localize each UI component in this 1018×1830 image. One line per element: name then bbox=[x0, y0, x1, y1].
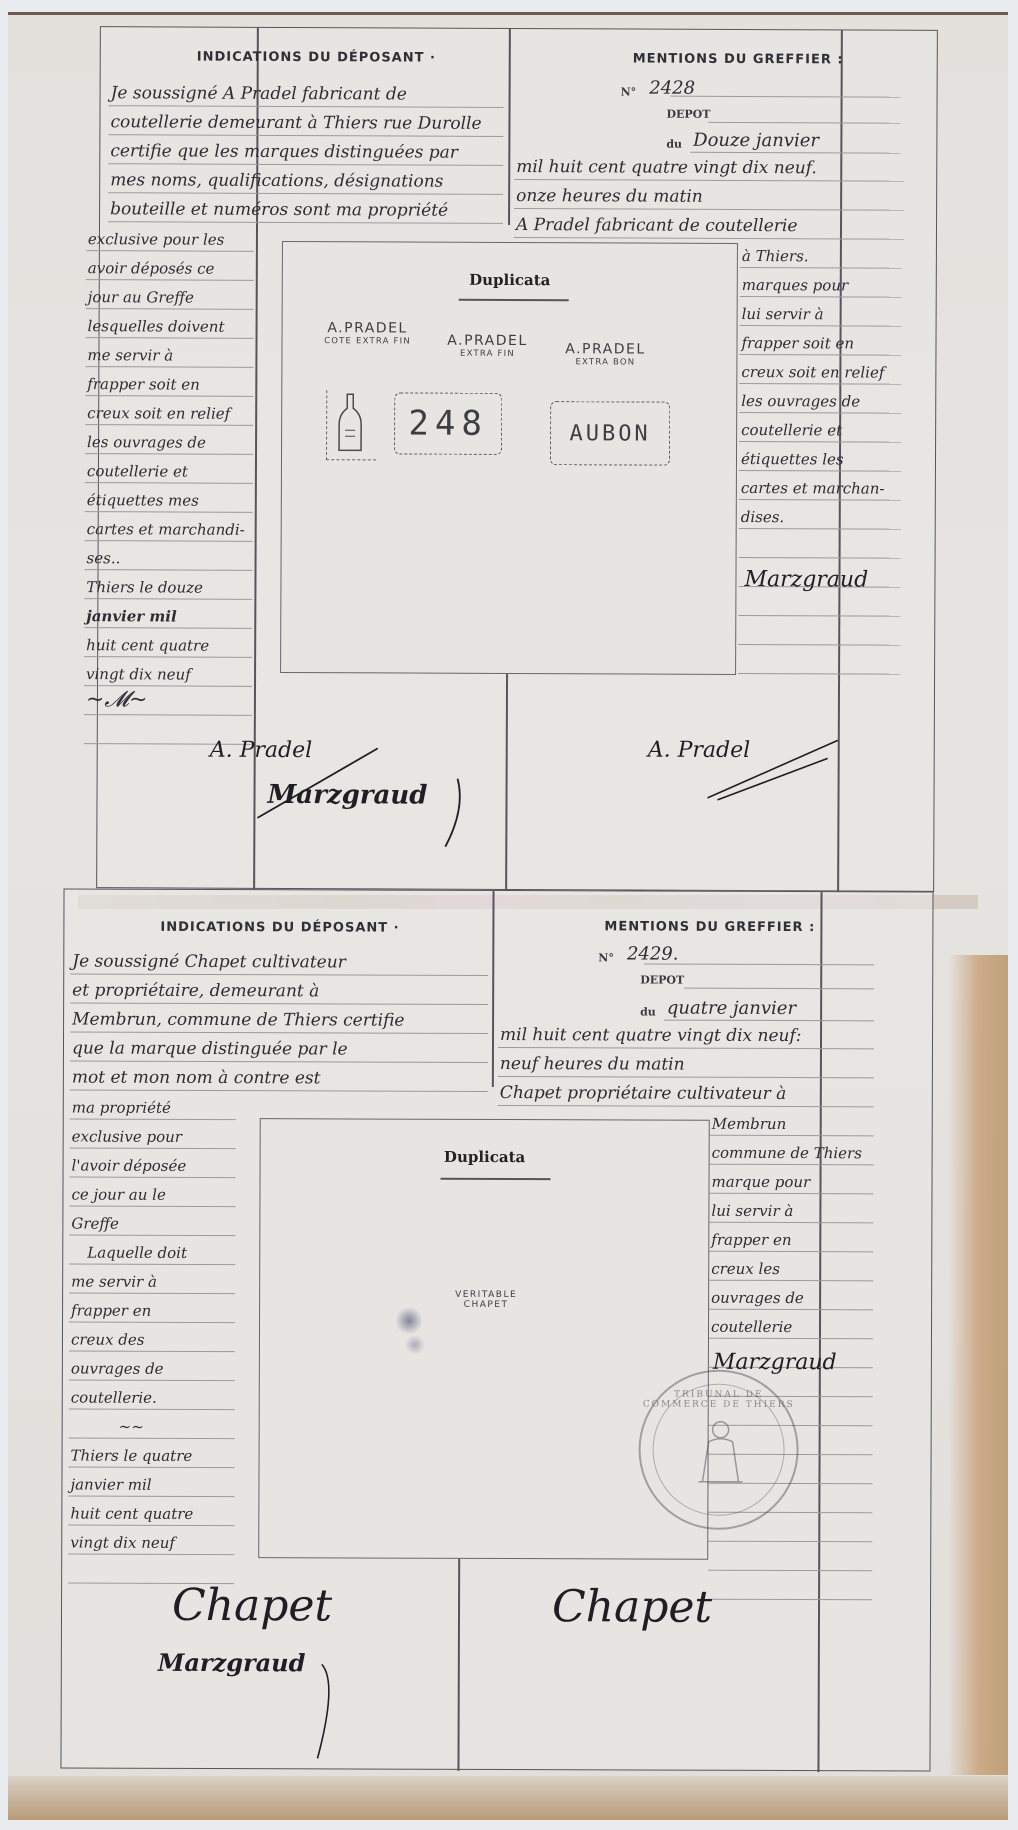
bottom-registration-form: INDICATIONS DU DÉPOSANT · MENTIONS DU GR… bbox=[60, 888, 933, 1771]
greffier-line: les ouvrages de bbox=[741, 392, 860, 411]
greffier-line: neuf heures du matin bbox=[500, 1054, 685, 1075]
deposant-line: jour au Greffe bbox=[88, 288, 194, 306]
top-registration-form: INDICATIONS DU DÉPOSANT · MENTIONS DU GR… bbox=[96, 26, 938, 892]
deposant-line: cartes et marchandi- bbox=[87, 520, 245, 539]
deposant-line: exclusive pour les bbox=[88, 230, 224, 249]
greffier-line: Chapet propriétaire cultivateur à bbox=[500, 1083, 787, 1104]
deposant-line: vingt dix neuf bbox=[86, 665, 191, 683]
deposant-text-block: Je soussigné Chapet cultivateur et propr… bbox=[70, 946, 489, 1092]
greffier-line: creux les bbox=[711, 1260, 780, 1278]
veritable-chapet-stamp: VERITABLE CHAPET bbox=[436, 1290, 536, 1310]
deposant-text-block: Je soussigné A Pradel fabricant de coute… bbox=[108, 77, 504, 224]
deposant-header: INDICATIONS DU DÉPOSANT · bbox=[160, 920, 399, 936]
date-value: quatre janvier bbox=[667, 998, 796, 1019]
deposant-line: creux soit en relief bbox=[87, 404, 230, 423]
deposant-line: ce jour au le bbox=[71, 1186, 165, 1204]
deposant-line: frapper en bbox=[71, 1302, 151, 1320]
bottle-stamp-icon bbox=[335, 392, 365, 454]
number-stamp: 248 bbox=[394, 392, 502, 454]
greffier-text-block: mil huit cent quatre vingt dix neuf: neu… bbox=[498, 1019, 874, 1107]
deposant-line: frapper soit en bbox=[87, 375, 200, 393]
greffier-line: creux soit en relief bbox=[741, 363, 884, 382]
deposant-line: Laquelle doit bbox=[87, 1244, 187, 1262]
deposant-line: étiquettes mes bbox=[87, 491, 199, 509]
deposant-line: Je soussigné Chapet cultivateur bbox=[72, 952, 346, 973]
greffier-line: cartes et marchan- bbox=[741, 479, 885, 498]
deposant-line: certifie que les marques distinguées par bbox=[110, 141, 458, 163]
bottom-edge-stain bbox=[8, 1776, 1008, 1820]
seal-figure-icon bbox=[680, 1412, 760, 1492]
du-label: du bbox=[640, 1005, 656, 1018]
edge-stain bbox=[948, 955, 1008, 1775]
deposant-line: coutellerie et bbox=[87, 462, 188, 480]
deposant-line: huit cent quatre bbox=[70, 1505, 193, 1523]
deposant-line: que la marque distinguée par le bbox=[72, 1039, 348, 1060]
seal-text: TRIBUNAL DE COMMERCE DE THIERS bbox=[641, 1390, 797, 1411]
number-value: 2429. bbox=[627, 943, 679, 964]
date-field: du Douze janvier bbox=[666, 132, 813, 154]
deposant-line: lesquelles doivent bbox=[88, 317, 225, 336]
deposant-line: ouvrages de bbox=[71, 1360, 164, 1378]
deposant-line: et propriétaire, demeurant à bbox=[72, 981, 319, 1002]
deposant-line: me servir à bbox=[71, 1273, 157, 1291]
deposant-line: Greffe bbox=[71, 1215, 119, 1233]
greffier-narrow-block: à Thiers. marques pour lui servir à frap… bbox=[738, 239, 902, 675]
greffier-line: mil huit cent quatre vingt dix neuf. bbox=[516, 157, 817, 178]
deposant-line: ses.. bbox=[87, 549, 121, 567]
date-value: Douze janvier bbox=[693, 130, 819, 152]
depot-label: DEPOT bbox=[640, 973, 684, 986]
greffier-line: coutellerie bbox=[711, 1318, 792, 1336]
deposant-line: creux des bbox=[71, 1331, 145, 1349]
brand-stamp-3: A.PRADEL EXTRA BON bbox=[550, 341, 660, 367]
greffier-header: MENTIONS DU GREFFIER : bbox=[604, 919, 815, 935]
greffier-line: mil huit cent quatre vingt dix neuf: bbox=[500, 1025, 802, 1046]
deposant-line: les ouvrages de bbox=[87, 433, 206, 452]
tribunal-seal: TRIBUNAL DE COMMERCE DE THIERS bbox=[638, 1369, 799, 1530]
duplicata-panel: Duplicata A.PRADEL COTE EXTRA FIN A.PRAD… bbox=[280, 241, 738, 675]
deposant-line: janvier mil bbox=[86, 607, 176, 625]
greffier-line: A Pradel fabricant de coutellerie bbox=[516, 215, 797, 236]
date-field: du quatre janvier bbox=[640, 999, 790, 1021]
greffier-header: MENTIONS DU GREFFIER : bbox=[633, 52, 844, 68]
deposant-line: Thiers le douze bbox=[86, 578, 203, 597]
deposant-line: Je soussigné A Pradel fabricant de bbox=[111, 83, 407, 104]
deposant-line: l'avoir déposée bbox=[72, 1157, 187, 1175]
ink-smudge bbox=[396, 1306, 422, 1336]
deposant-line: ma propriété bbox=[72, 1099, 171, 1117]
column-divider bbox=[492, 891, 494, 1087]
column-divider bbox=[508, 29, 510, 225]
greffier-line: commune de Thiers bbox=[712, 1144, 862, 1163]
greffier-line: frapper en bbox=[711, 1231, 791, 1249]
deposant-narrow-block: ma propriété exclusive pour l'avoir dépo… bbox=[68, 1091, 236, 1585]
deposant-line: vingt dix neuf bbox=[70, 1534, 175, 1552]
right-depositor-signature: Chapet bbox=[552, 1581, 712, 1633]
du-label: du bbox=[666, 138, 682, 151]
deposant-line: coutellerie demeurant à Thiers rue Durol… bbox=[110, 112, 481, 134]
deposant-line: me servir à bbox=[87, 346, 173, 364]
deposant-narrow-block: exclusive pour les avoir déposés ce jour… bbox=[84, 222, 254, 745]
greffier-line: marques pour bbox=[742, 276, 848, 294]
duplicata-title: Duplicata bbox=[261, 1147, 709, 1167]
greffier-line: marque pour bbox=[711, 1173, 810, 1191]
number-field: N° 2428 bbox=[621, 79, 688, 100]
signature-flourish-icon bbox=[281, 1660, 361, 1760]
greffier-line: étiquettes les bbox=[741, 450, 844, 468]
deposant-line: coutellerie. bbox=[71, 1389, 157, 1407]
deposant-header: INDICATIONS DU DÉPOSANT · bbox=[197, 50, 436, 66]
greffier-line: lui servir à bbox=[711, 1202, 793, 1220]
greffier-line: frapper soit en bbox=[741, 334, 854, 352]
number-label: N° bbox=[621, 85, 637, 98]
deposant-line: mes noms, qualifications, désignations bbox=[110, 170, 443, 191]
deposant-line: janvier mil bbox=[70, 1476, 151, 1494]
word-stamp: AUBON bbox=[550, 401, 670, 466]
deposant-initials: ~𝓜~ bbox=[86, 687, 148, 712]
deposant-line: huit cent quatre bbox=[86, 636, 209, 655]
greffier-line: lui servir à bbox=[742, 305, 824, 323]
ink-smudge bbox=[404, 1336, 426, 1354]
deposant-line: avoir déposés ce bbox=[88, 259, 215, 278]
left-depositor-signature: Chapet bbox=[172, 1580, 332, 1632]
signature-flourish-icon bbox=[687, 730, 847, 811]
deposant-line: Thiers le quatre bbox=[71, 1447, 193, 1465]
greffier-line: onze heures du matin bbox=[516, 186, 703, 207]
greffier-text-block: mil huit cent quatre vingt dix neuf. onz… bbox=[514, 151, 904, 240]
greffier-line: Membrun bbox=[712, 1115, 787, 1133]
deposant-line: ~~ bbox=[119, 1418, 144, 1436]
duplicata-title: Duplicata bbox=[283, 270, 737, 290]
duplicata-panel: Duplicata VERITABLE CHAPET bbox=[258, 1118, 710, 1560]
bottle-stamp bbox=[326, 390, 376, 460]
number-label: N° bbox=[598, 951, 614, 964]
greffier-line: coutellerie et bbox=[741, 421, 842, 439]
deposant-line: bouteille et numéros sont ma propriété bbox=[110, 199, 448, 220]
brand-stamp-1: A.PRADEL COTE EXTRA FIN bbox=[312, 320, 422, 346]
deposant-line: Membrun, commune de Thiers certifie bbox=[72, 1010, 404, 1031]
signature-divider bbox=[505, 674, 507, 891]
depot-label: DEPOT bbox=[666, 108, 710, 121]
deposant-line: mot et mon nom à contre est bbox=[72, 1068, 321, 1089]
greffier-line: à Thiers. bbox=[742, 247, 809, 265]
brand-stamp-2: A.PRADEL EXTRA FIN bbox=[432, 333, 542, 359]
greffier-line: dises. bbox=[741, 508, 785, 526]
deposant-line: exclusive pour bbox=[72, 1128, 182, 1146]
greffier-line: ouvrages de bbox=[711, 1289, 804, 1307]
signature-divider bbox=[457, 1559, 459, 1771]
signature-flourish-icon bbox=[247, 728, 478, 849]
